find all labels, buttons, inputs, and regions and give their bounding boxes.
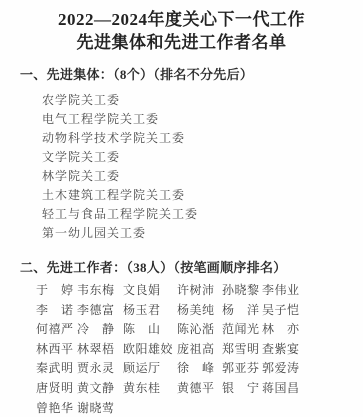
- name-cell: 郭爱涛: [262, 359, 363, 379]
- name-cell: 黄德平: [177, 379, 222, 399]
- name-cell: 林 亦: [262, 320, 363, 340]
- name-cell: 许树沛: [177, 281, 222, 301]
- name-cell: 郭亚芬: [222, 359, 262, 379]
- title-line-1: 2022—2024年度关心下一代工作: [0, 8, 363, 31]
- name-row: 李 诺 李德富 杨玉君 杨美纯 杨 洋 吴子恺: [36, 301, 363, 321]
- name-cell: 蒋国昌: [262, 379, 363, 399]
- name-cell: 曾艳华: [36, 399, 77, 417]
- name-row: 曾艳华 谢晓莺: [36, 399, 363, 417]
- name-row: 唐贤明 黄文静 黄东桂 黄德平 银 宁 蒋国昌: [36, 379, 363, 399]
- name-cell: 孙晓黎: [222, 281, 262, 301]
- list-item: 动物科学技术学院关工委: [42, 129, 363, 148]
- name-cell: 郑雪明: [222, 340, 262, 360]
- list-item: 第一幼儿园关工委: [42, 224, 363, 243]
- name-cell: 李伟业: [262, 281, 363, 301]
- list-item: 轻工与食品工程学院关工委: [42, 205, 363, 224]
- title-line-2: 先进集体和先进工作者名单: [0, 31, 363, 54]
- name-cell: 文良娟: [123, 281, 177, 301]
- name-row: 于 婷 韦东梅 文良娟 许树沛 孙晓黎 李伟业: [36, 281, 363, 301]
- name-cell: 查紫宴: [262, 340, 363, 360]
- name-cell: 林翠梧: [77, 340, 123, 360]
- document-title: 2022—2024年度关心下一代工作 先进集体和先进工作者名单: [0, 0, 363, 54]
- workers-name-grid: 于 婷 韦东梅 文良娟 许树沛 孙晓黎 李伟业 李 诺 李德富 杨玉君 杨美纯 …: [0, 281, 363, 417]
- name-row: 秦武明 贾永灵 顾运厅 徐 峰 郭亚芬 郭爱涛: [36, 359, 363, 379]
- name-cell: 银 宁: [222, 379, 262, 399]
- name-cell: 于 婷: [36, 281, 77, 301]
- name-cell: 徐 峰: [177, 359, 222, 379]
- collectives-list: 农学院关工委 电气工程学院关工委 动物科学技术学院关工委 文学院关工委 林学院关…: [0, 91, 363, 243]
- name-cell: 李 诺: [36, 301, 77, 321]
- name-cell: 庞祖高: [177, 340, 222, 360]
- name-cell: 韦东梅: [77, 281, 123, 301]
- section-heading-workers: 二、先进工作者：（38人）（按笔画顺序排名）: [0, 261, 363, 275]
- name-cell: 何禧严: [36, 320, 77, 340]
- name-cell: 贾永灵: [77, 359, 123, 379]
- name-row: 林西平 林翠梧 欧阳雄姣 庞祖高 郑雪明 查紫宴: [36, 340, 363, 360]
- section-heading-collectives: 一、先进集体：（8个）（排名不分先后）: [0, 68, 363, 82]
- name-cell: 林西平: [36, 340, 77, 360]
- name-cell: 唐贤明: [36, 379, 77, 399]
- document-page: 2022—2024年度关心下一代工作 先进集体和先进工作者名单 一、先进集体：（…: [0, 0, 363, 417]
- name-cell: 范闻光: [222, 320, 262, 340]
- name-cell: 李德富: [77, 301, 123, 321]
- name-cell: 欧阳雄姣: [123, 340, 177, 360]
- name-cell: 陈 山: [123, 320, 177, 340]
- name-cell: 秦武明: [36, 359, 77, 379]
- name-cell: 顾运厅: [123, 359, 177, 379]
- name-row: 何禧严 冷 静 陈 山 陈沁湉 范闻光 林 亦: [36, 320, 363, 340]
- name-cell: 黄东桂: [123, 379, 177, 399]
- name-cell: 杨玉君: [123, 301, 177, 321]
- list-item: 林学院关工委: [42, 167, 363, 186]
- name-cell: 吴子恺: [262, 301, 363, 321]
- name-cell: 谢晓莺: [77, 399, 123, 417]
- list-item: 电气工程学院关工委: [42, 110, 363, 129]
- list-item: 文学院关工委: [42, 148, 363, 167]
- list-item: 农学院关工委: [42, 91, 363, 110]
- name-cell: 杨 洋: [222, 301, 262, 321]
- name-cell: 冷 静: [77, 320, 123, 340]
- name-cell: 杨美纯: [177, 301, 222, 321]
- name-cell: 陈沁湉: [177, 320, 222, 340]
- list-item: 土木建筑工程学院关工委: [42, 186, 363, 205]
- name-cell: 黄文静: [77, 379, 123, 399]
